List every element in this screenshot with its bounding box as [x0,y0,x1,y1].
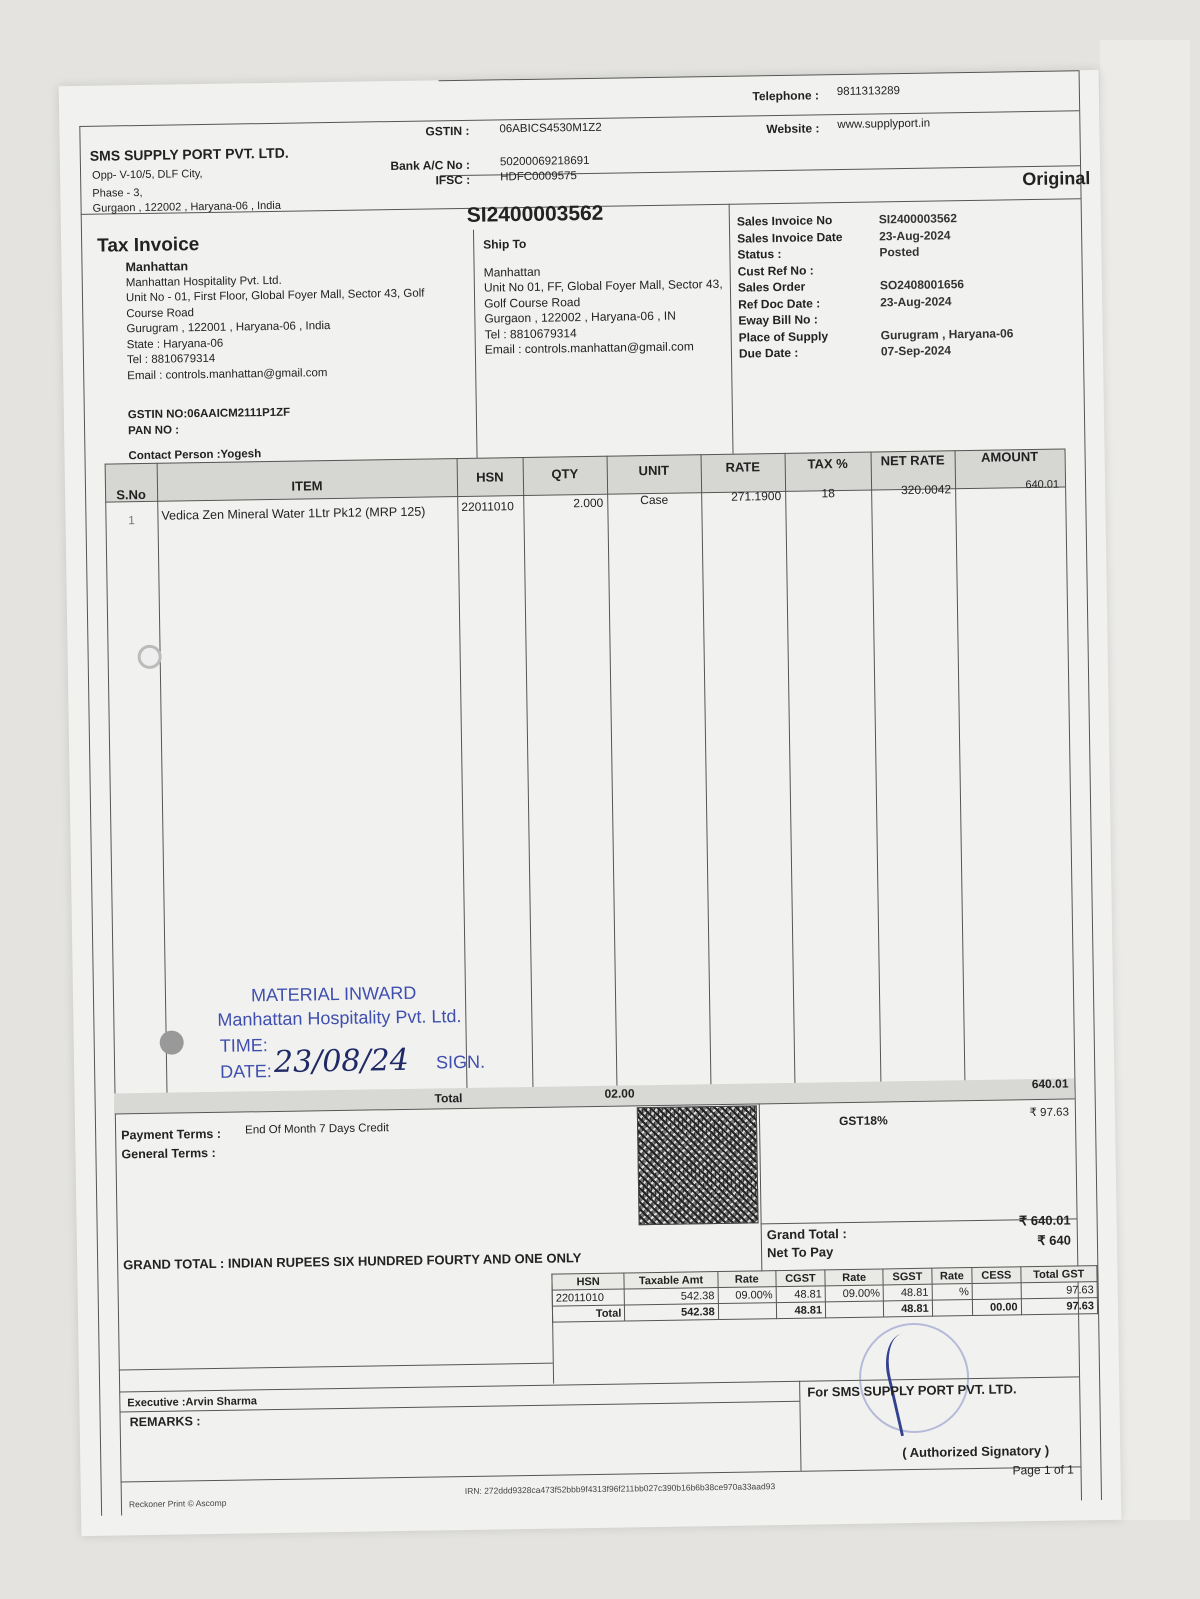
gst-cell: 48.81 [884,1300,933,1317]
seller-address-line: Gurgaon , 122002 , Haryana-06 , India [93,200,282,215]
gst-cell: 48.81 [776,1302,826,1319]
cell-rate: 271.1900 [701,489,781,504]
column-header-tax: TAX % [785,456,871,472]
telephone-label: Telephone : [719,88,819,104]
gst-cell: 542.38 [625,1304,719,1321]
invoice-number-heading: SI2400003562 [467,202,604,228]
cell-qty: 2.000 [523,496,603,511]
ship-to-block: Ship To Manhattan Unit No 01, FF, Global… [483,234,724,358]
seller-address-line: Opp- V-10/5, DLF City, [92,168,203,182]
stamp-company: Manhattan Hospitality Pvt. Ltd. [217,1006,461,1031]
payment-terms-label: Payment Terms : [121,1127,221,1143]
gst-col-rate: Rate [932,1268,973,1285]
column-header-hsn: HSN [457,469,523,485]
gst-cell [932,1300,973,1317]
gst-cell: 97.63 [1021,1298,1098,1315]
punch-hole [137,645,161,669]
gst-col-cess: CESS [972,1267,1021,1284]
seller-address-line: Phase - 3, [92,187,142,200]
detail-value: SI2400003562 [879,210,957,228]
cell-item: Vedica Zen Mineral Water 1Ltr Pk12 (MRP … [161,504,457,523]
page-number: Page 1 of 1 [1012,1462,1074,1477]
gst-cell: 48.81 [776,1286,826,1303]
document-title: Tax Invoice [97,234,199,258]
stamp-date-label: DATE: [220,1061,272,1083]
column-header-sno: S.No [105,487,157,503]
print-credit: Reckoner Print © Ascomp [129,1498,227,1510]
gst-cell [718,1303,776,1320]
gst-cell: 97.63 [1021,1282,1098,1299]
gst-col-cgst: CGST [776,1270,826,1287]
gstin-label: GSTIN : [389,124,469,139]
column-header-rate: RATE [701,459,785,475]
executive-name: Executive :Arvin Sharma [127,1395,257,1409]
seller-telephone: 9811313289 [837,85,900,98]
authorized-signatory: ( Authorized Signatory ) [902,1443,1049,1460]
gst-cell: % [932,1284,973,1301]
grand-total-label: Grand Total : [767,1226,847,1242]
invoice-details: Sales Invoice NoSI2400003562 Sales Invoi… [737,209,1014,362]
handwritten-date: 23/08/24 [274,1043,409,1080]
qr-code [637,1105,759,1225]
punch-hole [160,1030,184,1054]
irn-number: IRN: 272ddd9328ca473f52bbb9f4313f96f211b… [465,1481,776,1496]
gst-cell: 48.81 [883,1284,932,1301]
copy-label: Original [1022,168,1090,190]
gst-cell: Total [552,1305,625,1322]
amount-in-words: GRAND TOTAL : INDIAN RUPEES SIX HUNDRED … [123,1250,581,1272]
cell-hsn: 22011010 [461,499,514,514]
net-to-pay-value: ₹ 640 [957,1233,1071,1251]
bank-account-label: Bank A/C No : [360,158,470,174]
detail-value: Posted [879,244,919,261]
cell-sno: 1 [105,513,157,528]
column-header-unit: UNIT [607,462,701,478]
gst-cell: 00.00 [972,1299,1021,1316]
gst-col-rate: Rate [825,1269,883,1286]
column-header-net-rate: NET RATE [871,452,955,468]
gst-amount: ₹ 97.63 [975,1105,1069,1120]
seller-name: SMS SUPPLY PORT PVT. LTD. [90,145,289,164]
net-to-pay-label: Net To Pay [767,1244,833,1260]
detail-value: Gurugram , Haryana-06 [881,325,1014,344]
items-total-qty: 02.00 [574,1086,634,1101]
gst-cell [825,1301,883,1318]
for-company: For SMS SUPPLY PORT PVT. LTD. [807,1381,1016,1399]
payment-terms-value: End Of Month 7 Days Credit [245,1122,389,1136]
grand-total-value: ₹ 640.01 [957,1213,1071,1231]
gst-cell: 09.00% [825,1285,883,1302]
general-terms-label: General Terms : [121,1146,215,1161]
detail-row: Due Date :07-Sep-2024 [739,341,1014,362]
website-label: Website : [719,121,819,137]
gst-col-sgst: SGST [883,1268,932,1285]
gst-col-taxable: Taxable Amt [624,1272,718,1289]
bill-to-block: Manhattan Manhattan Hospitality Pvt. Ltd… [125,256,427,465]
remarks-label: REMARKS : [130,1414,201,1429]
gst-col-rate: Rate [718,1271,776,1288]
stamp-title: MATERIAL INWARD [251,983,417,1007]
ship-to-line: Email : controls.manhattan@gmail.com [485,339,724,358]
detail-value: 23-Aug-2024 [880,293,952,311]
stamp-sign-label: SIGN. [436,1052,485,1074]
gst-cell: 22011010 [552,1289,625,1306]
detail-label: Due Date : [739,343,881,362]
cell-tax: 18 [785,486,871,501]
invoice-page: SMS SUPPLY PORT PVT. LTD. Opp- V-10/5, D… [59,70,1122,1536]
detail-value: SO2408001656 [880,276,964,294]
ifsc-code: HDFC0009575 [500,170,577,183]
ifsc-label: IFSC : [390,173,470,188]
gst-cell: 542.38 [624,1288,718,1305]
items-total-label: Total [435,1091,463,1105]
gst-cell: 09.00% [718,1287,776,1304]
seller-website[interactable]: www.supplyport.in [837,118,930,131]
detail-value: 23-Aug-2024 [879,227,951,245]
gst-col-total: Total GST [1020,1266,1097,1283]
gst-label: GST18% [839,1113,888,1128]
detail-value: 07-Sep-2024 [881,342,951,360]
items-total-amount: 640.01 [974,1077,1068,1092]
column-header-amount: AMOUNT [955,449,1065,466]
bank-account-number: 50200069218691 [500,155,590,168]
gst-col-hsn: HSN [552,1273,625,1290]
cell-net-rate: 320.0042 [871,482,951,497]
cell-amount: 640.01 [955,479,1059,493]
seller-gstin: 06ABICS4530M1Z2 [499,122,601,136]
cell-unit: Case [607,492,701,507]
stamp-time-label: TIME: [220,1035,268,1057]
gst-cell [972,1283,1021,1300]
gst-breakdown-table: HSN Taxable Amt Rate CGST Rate SGST Rate… [551,1265,1098,1323]
column-header-qty: QTY [523,466,607,482]
